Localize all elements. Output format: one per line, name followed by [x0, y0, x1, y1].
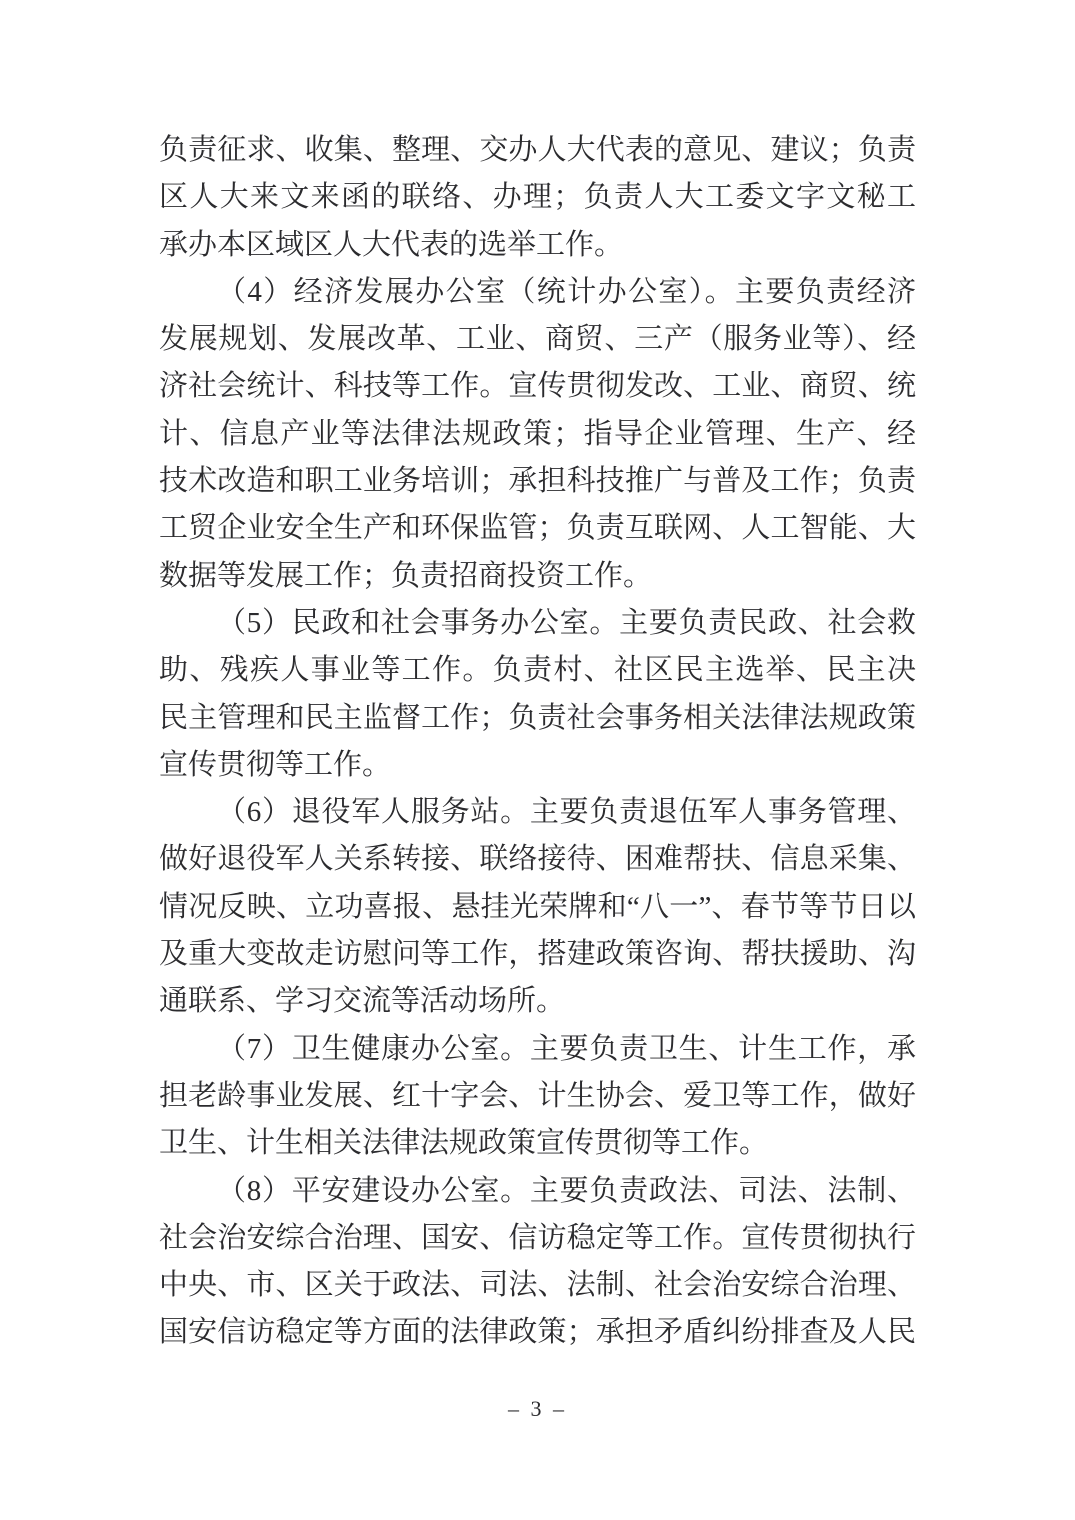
text-line: 负责征求、收集、整理、交办人大代表的意见、建议；负责 — [159, 127, 916, 174]
text-line: 助、残疾人事业等工作。负责村、社区民主选举、民主决策、 — [159, 647, 916, 694]
text-line: 济社会统计、科技等工作。宣传贯彻发改、工业、商贸、统 — [159, 363, 916, 410]
text-line: （8）平安建设办公室。主要负责政法、司法、法制、 — [159, 1168, 916, 1215]
text-line: （4）经济发展办公室（统计办公室）。主要负责经济 — [159, 269, 916, 316]
text-line: （7）卫生健康办公室。主要负责卫生、计生工作，承 — [159, 1026, 916, 1073]
text-line: 工贸企业安全生产和环保监管；负责互联网、人工智能、大 — [159, 505, 916, 552]
text-line: 发展规划、发展改革、工业、商贸、三产（服务业等）、经 — [159, 316, 916, 363]
text-line: 社会治安综合治理、国安、信访稳定等工作。宣传贯彻执行 — [159, 1215, 916, 1262]
text-line: 情况反映、立功喜报、悬挂光荣牌和“八一”、春节等节日以 — [159, 884, 916, 931]
text-line: 及重大变故走访慰问等工作，搭建政策咨询、帮扶援助、沟 — [159, 931, 916, 978]
document-body: 负责征求、收集、整理、交办人大代表的意见、建议；负责区人大来文来函的联络、办理；… — [159, 127, 916, 1357]
document-page: 负责征求、收集、整理、交办人大代表的意见、建议；负责区人大来文来函的联络、办理；… — [0, 0, 1075, 1520]
text-line: （6）退役军人服务站。主要负责退伍军人事务管理、 — [159, 789, 916, 836]
text-line: 卫生、计生相关法律法规政策宣传贯彻等工作。 — [159, 1120, 916, 1167]
text-line: 承办本区域区人大代表的选举工作。 — [159, 222, 916, 269]
text-line: 计、信息产业等法律法规政策；指导企业管理、生产、经营、 — [159, 411, 916, 458]
text-line: 国安信访稳定等方面的法律政策；承担矛盾纠纷排查及人民 — [159, 1309, 916, 1356]
text-line: 通联系、学习交流等活动场所。 — [159, 978, 916, 1025]
text-line: 做好退役军人关系转接、联络接待、困难帮扶、信息采集、 — [159, 836, 916, 883]
text-line: （5）民政和社会事务办公室。主要负责民政、社会救 — [159, 600, 916, 647]
text-line: 技术改造和职工业务培训；承担科技推广与普及工作；负责 — [159, 458, 916, 505]
page-number: – 3 – — [0, 1396, 1075, 1422]
text-line: 中央、市、区关于政法、司法、法制、社会治安综合治理、 — [159, 1262, 916, 1309]
text-line: 担老龄事业发展、红十字会、计生协会、爱卫等工作，做好 — [159, 1073, 916, 1120]
text-line: 数据等发展工作；负责招商投资工作。 — [159, 553, 916, 600]
text-line: 宣传贯彻等工作。 — [159, 742, 916, 789]
text-line: 民主管理和民主监督工作；负责社会事务相关法律法规政策 — [159, 695, 916, 742]
text-line: 区人大来文来函的联络、办理；负责人大工委文字文秘工作； — [159, 174, 916, 221]
